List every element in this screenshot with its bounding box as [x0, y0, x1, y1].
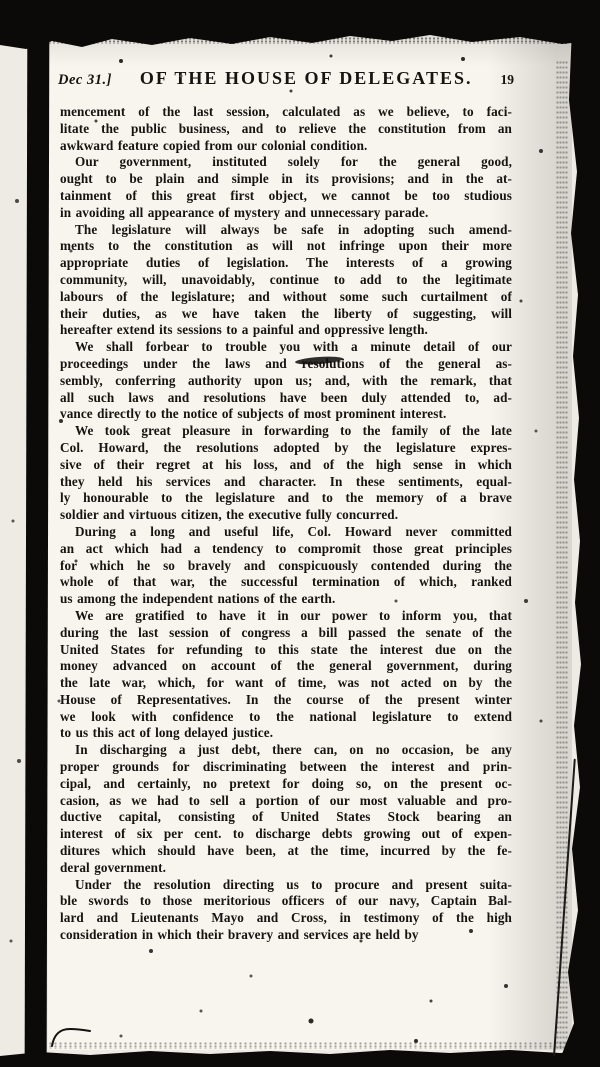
scanned-document-page: Dec 31.] OF THE HOUSE OF DELEGATES. 19 m… [0, 0, 600, 1067]
text-line: vance directly to the notice of subjects… [60, 406, 512, 423]
text-line: proper grounds for discriminating betwee… [60, 759, 512, 776]
right-edge-grain [556, 60, 568, 1050]
text-line: we look with confidence to the national … [60, 709, 512, 726]
text-line: mencement of the last session, calculate… [60, 104, 512, 121]
page-header: Dec 31.] OF THE HOUSE OF DELEGATES. 19 [58, 68, 514, 89]
paragraph: We are gratified to have it in our power… [60, 608, 512, 742]
scan-speckles [0, 0, 2, 2]
paragraph: Our government, instituted solely for th… [60, 154, 512, 221]
paper: Dec 31.] OF THE HOUSE OF DELEGATES. 19 m… [48, 36, 572, 1050]
stray-pen-mark [50, 1024, 92, 1048]
text-line: soldier and virtuous citizen, the execut… [60, 507, 512, 524]
text-line: We shall forbear to trouble you with a m… [60, 339, 512, 356]
text-line: us among the independent nations of the … [60, 591, 512, 608]
text-line: community, will, unavoidably, continue t… [60, 272, 512, 289]
text-line: for which he so bravely and conspicuousl… [60, 558, 512, 575]
body-text: mencement of the last session, calculate… [60, 104, 512, 944]
text-line: cipal, and certainly, no pretext for doi… [60, 776, 512, 793]
text-line: money advanced on account of the general… [60, 658, 512, 675]
header-title: OF THE HOUSE OF DELEGATES. [140, 68, 473, 89]
text-line: ditures which should have been, at the t… [60, 843, 512, 860]
header-page-number: 19 [501, 72, 515, 88]
paragraph: During a long and useful life, Col. Howa… [60, 524, 512, 608]
text-line: deral government. [60, 860, 512, 877]
text-line: ments to the constitution as will not in… [60, 238, 512, 255]
bottom-edge-grain [48, 1042, 568, 1049]
text-line: ly honourable to the legislature and to … [60, 490, 512, 507]
text-line: awkward feature copied from our colonial… [60, 138, 512, 155]
text-line: United States for refunding to this stat… [60, 642, 512, 659]
text-line: labours of the legislature; and without … [60, 289, 512, 306]
text-line: ble swords to those meritorious officers… [60, 893, 512, 910]
text-line: during the last session of congress a bi… [60, 625, 512, 642]
text-line: whole of that war, the successful termin… [60, 574, 512, 591]
text-line: Our government, instituted solely for th… [60, 154, 512, 171]
text-line: sive of their regret at his loss, and of… [60, 457, 512, 474]
paragraph: We took great pleasure in forwarding to … [60, 423, 512, 524]
text-line: the late war, which, for want of time, w… [60, 675, 512, 692]
text-line: consideration in which their bravery and… [60, 927, 512, 944]
text-line: proceedings under the laws and resolutio… [60, 356, 512, 373]
bottom-scan-border [0, 1048, 600, 1067]
text-line: We took great pleasure in forwarding to … [60, 423, 512, 440]
text-line: casion, as we had to sell a portion of o… [60, 793, 512, 810]
text-line: ought to be plain and simple in its prov… [60, 171, 512, 188]
paragraph: Under the resolution directing us to pro… [60, 877, 512, 944]
text-line: interest of six per cent. to discharge d… [60, 826, 512, 843]
text-line: In discharging a just debt, there can, o… [60, 742, 512, 759]
text-line: appropriate duties of legislation. The i… [60, 255, 512, 272]
paragraph: In discharging a just debt, there can, o… [60, 742, 512, 876]
text-line: We are gratified to have it in our power… [60, 608, 512, 625]
text-line: ductive capital, consisting of United St… [60, 809, 512, 826]
text-line: lard and Lieutenants Mayo and Cross, in … [60, 910, 512, 927]
left-binding-shadow [25, 30, 50, 1056]
text-line: their duties, as we have taken the liber… [60, 306, 512, 323]
text-line: During a long and useful life, Col. Howa… [60, 524, 512, 541]
text-line: sembly, conferring authority upon us; an… [60, 373, 512, 390]
text-line: they held his services and character. In… [60, 474, 512, 491]
paragraph: mencement of the last session, calculate… [60, 104, 512, 154]
text-line: Col. Howard, the resolutions adopted by … [60, 440, 512, 457]
text-line: in avoiding all appearance of mystery an… [60, 205, 512, 222]
text-line: Under the resolution directing us to pro… [60, 877, 512, 894]
header-date-marker: Dec 31.] [58, 72, 112, 89]
text-line: to us this act of long delayed justice. [60, 725, 512, 742]
text-line: House of Representatives. In the course … [60, 692, 512, 709]
paragraph: The legislature will always be safe in a… [60, 222, 512, 340]
paragraph: We shall forbear to trouble you with a m… [60, 339, 512, 423]
text-line: tainment of this great first object, we … [60, 188, 512, 205]
text-line: The legislature will always be safe in a… [60, 222, 512, 239]
text-line: hereafter extend its sessions to a painf… [60, 322, 512, 339]
text-line: an act which had a tendency to compromit… [60, 541, 512, 558]
text-line: all such laws and resolutions have been … [60, 390, 512, 407]
text-line: litate the public business, and to relie… [60, 121, 512, 138]
